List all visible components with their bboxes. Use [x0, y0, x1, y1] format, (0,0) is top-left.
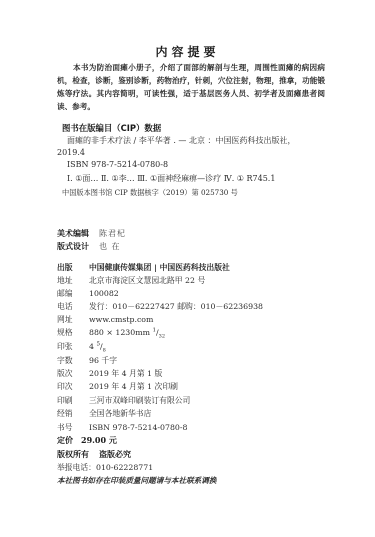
info-publisher: 出版中国健康传媒集团 | 中国医药科技出版社	[57, 262, 230, 273]
fraction-denominator: 8	[103, 348, 106, 354]
fraction-denominator: 32	[159, 334, 165, 340]
info-distributor: 经销全国各地新华书店	[57, 408, 151, 419]
info-value: 96 千字	[89, 356, 117, 365]
copyright-notice: 版权所有盗版必究	[57, 449, 131, 460]
cip-classification: Ⅰ. ①面… Ⅱ. ①李… Ⅲ. ①面神经麻痹—诊疗 Ⅳ. ① R745.1	[67, 173, 275, 184]
info-label: 书号	[57, 422, 81, 433]
info-label: 网址	[57, 314, 81, 325]
info-label: 印张	[57, 341, 81, 352]
fraction-numerator: 5	[96, 341, 100, 347]
credit-value: 陈君杞	[99, 229, 126, 238]
info-book-number: 书号ISBN 978-7-5214-0780-8	[57, 422, 187, 433]
report-phone: 举报电话：010-62228771	[57, 462, 153, 473]
info-label: 地址	[57, 275, 81, 286]
info-label: 经销	[57, 408, 81, 419]
info-edition: 版次2019 年 4 月第 1 版	[57, 368, 162, 379]
info-value: ISBN 978-7-5214-0780-8	[89, 423, 187, 432]
info-format: 规格880 × 1230mm 1/32	[57, 327, 165, 340]
price-value: 29.00 元	[81, 435, 117, 445]
info-label: 字数	[57, 355, 81, 366]
info-value: 中国健康传媒集团 | 中国医药科技出版社	[89, 263, 230, 272]
info-value: 4	[89, 342, 94, 351]
info-value: 发行：010－62227427 邮购：010－62236938	[89, 302, 263, 311]
info-impression: 印次2019 年 4 月第 1 次印刷	[57, 381, 178, 392]
cip-title-line: 面瘫的非手术疗法 / 李平华著 . — 北京 ：中国医药科技出版社，	[67, 135, 296, 146]
info-label: 版次	[57, 368, 81, 379]
credit-label: 版式设计	[57, 242, 89, 251]
info-value: 880 × 1230mm	[89, 328, 150, 337]
info-postcode: 邮编100082	[57, 288, 119, 299]
info-value: 北京市海淀区文慧园北路甲 22 号	[89, 276, 205, 285]
info-word-count: 字数96 千字	[57, 355, 117, 366]
copyright-a: 版权所有	[57, 450, 89, 459]
info-label: 出版	[57, 262, 81, 273]
fraction-numerator: 1	[153, 327, 157, 333]
copyright-b: 盗版必究	[99, 450, 131, 459]
summary-text: 本书为防治面瘫小册子，介绍了面部的解剖与生理，周围性面瘫的病因病机，检查，诊断，…	[57, 61, 325, 113]
info-value: 全国各地新华书店	[89, 409, 151, 418]
info-value: 100082	[89, 289, 119, 298]
info-value: 2019 年 4 月第 1 次印刷	[89, 382, 178, 391]
credit-layout-design: 版式设计也 在	[57, 241, 121, 252]
price-label: 定价	[57, 435, 73, 445]
print-quality-note: 本社图书如存在印装质量问题请与本社联系调换	[57, 475, 216, 486]
info-sheets: 印张4 5/8	[57, 341, 106, 354]
credit-label: 美术编辑	[57, 229, 89, 238]
info-value: 三河市双峰印刷装订有限公司	[89, 396, 190, 405]
credit-value: 也 在	[99, 242, 121, 251]
credit-art-editor: 美术编辑陈君杞	[57, 228, 126, 239]
info-printer: 印刷三河市双峰印刷装订有限公司	[57, 395, 190, 406]
summary-title: 内容提要	[0, 43, 375, 60]
cip-heading: 图书在版编目（CIP）数据	[62, 122, 161, 134]
info-website: 网址www.cmstp.com	[57, 314, 153, 325]
price-row: 定价29.00 元	[57, 435, 117, 446]
info-value: 2019 年 4 月第 1 版	[89, 369, 162, 378]
info-phone: 电话发行：010－62227427 邮购：010－62236938	[57, 301, 263, 312]
cip-year-line: 2019.4	[57, 148, 85, 157]
info-label: 规格	[57, 327, 81, 338]
info-label: 印刷	[57, 395, 81, 406]
info-label: 电话	[57, 301, 81, 312]
info-address: 地址北京市海淀区文慧园北路甲 22 号	[57, 275, 205, 286]
info-label: 印次	[57, 381, 81, 392]
cip-isbn: ISBN 978-7-5214-0780-8	[67, 160, 168, 169]
info-value: www.cmstp.com	[89, 315, 153, 324]
info-label: 邮编	[57, 288, 81, 299]
cip-record-number: 中国版本图书馆 CIP 数据核字（2019）第 025730 号	[62, 188, 238, 198]
